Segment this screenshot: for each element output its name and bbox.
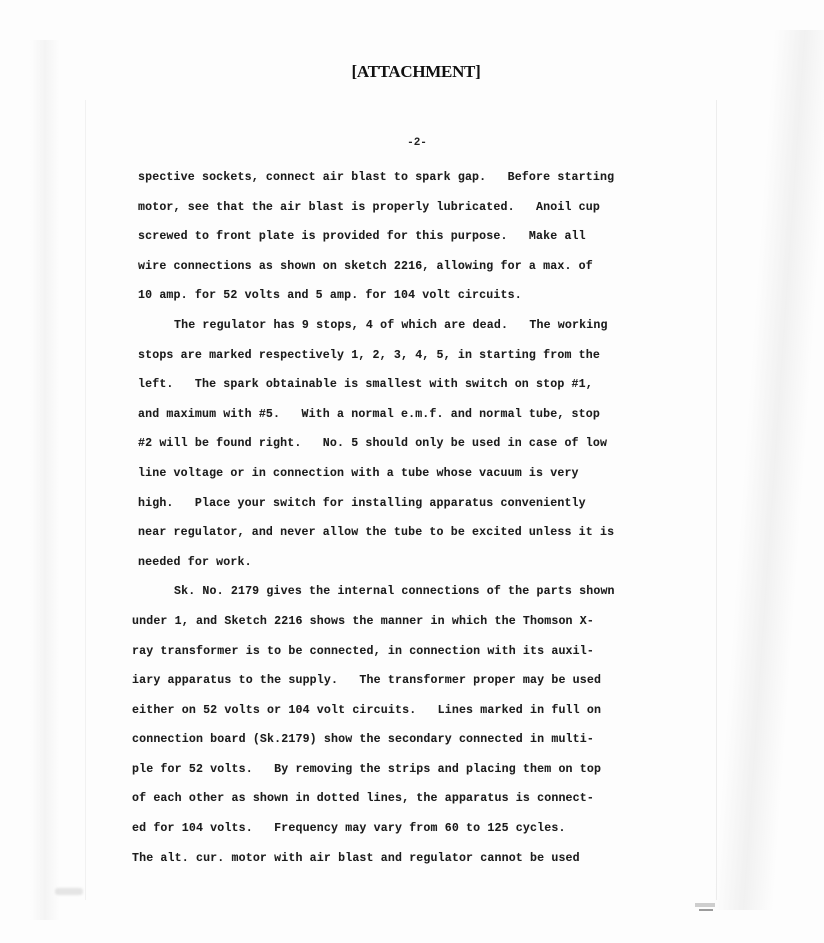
text-line: wire connections as shown on sketch 2216… bbox=[138, 252, 698, 282]
text-line: either on 52 volts or 104 volt circuits.… bbox=[132, 696, 698, 726]
text-line: left. The spark obtainable is smallest w… bbox=[138, 370, 698, 400]
text-line: iary apparatus to the supply. The transf… bbox=[132, 666, 698, 696]
scan-smudge bbox=[55, 888, 83, 895]
text-line: line voltage or in connection with a tub… bbox=[138, 459, 698, 489]
text-line: ed for 104 volts. Frequency may vary fro… bbox=[132, 814, 698, 844]
text-line-paragraph-start: Sk. No. 2179 gives the internal connecti… bbox=[138, 577, 698, 607]
page-number: -2- bbox=[0, 137, 824, 149]
attachment-header: [ATTACHMENT] bbox=[0, 62, 824, 82]
text-line: stops are marked respectively 1, 2, 3, 4… bbox=[138, 341, 698, 371]
text-line: under 1, and Sketch 2216 shows the manne… bbox=[132, 607, 698, 637]
text-line: and maximum with #5. With a normal e.m.f… bbox=[138, 400, 698, 430]
text-line: 10 amp. for 52 volts and 5 amp. for 104 … bbox=[138, 281, 698, 311]
text-line: The alt. cur. motor with air blast and r… bbox=[132, 844, 698, 874]
text-line-paragraph-start: The regulator has 9 stops, 4 of which ar… bbox=[138, 311, 698, 341]
text-line: screwed to front plate is provided for t… bbox=[138, 222, 698, 252]
document-body: spective sockets, connect air blast to s… bbox=[138, 163, 698, 873]
text-line: of each other as shown in dotted lines, … bbox=[132, 784, 698, 814]
text-line: near regulator, and never allow the tube… bbox=[138, 518, 698, 548]
text-line: needed for work. bbox=[138, 548, 698, 578]
text-line: #2 will be found right. No. 5 should onl… bbox=[138, 429, 698, 459]
text-line: spective sockets, connect air blast to s… bbox=[138, 163, 698, 193]
scan-shadow-right bbox=[713, 30, 824, 910]
scan-shadow-left bbox=[30, 40, 60, 920]
corner-tick-mark bbox=[695, 903, 719, 913]
text-line: ple for 52 volts. By removing the strips… bbox=[132, 755, 698, 785]
text-line: connection board (Sk.2179) show the seco… bbox=[132, 725, 698, 755]
text-line: motor, see that the air blast is properl… bbox=[138, 193, 698, 223]
text-line: ray transformer is to be connected, in c… bbox=[132, 637, 698, 667]
text-line: high. Place your switch for installing a… bbox=[138, 489, 698, 519]
